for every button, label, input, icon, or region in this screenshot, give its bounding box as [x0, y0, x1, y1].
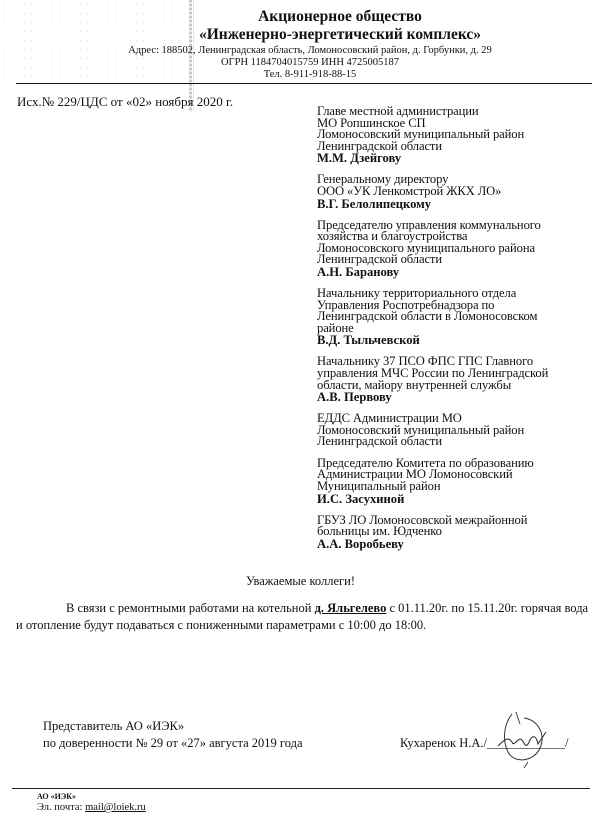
closing-slash: / [565, 736, 568, 750]
addressee-line: Ленинградской области [317, 436, 597, 448]
addressee-name: А.А. Воробьеву [317, 538, 597, 550]
footer-divider [12, 788, 590, 789]
addressee-name: А.Н. Баранову [317, 266, 597, 278]
org-name: «Инженерно-энергетический комплекс» [190, 26, 490, 44]
footer-contact: Эл. почта: mail@loiek.ru [37, 802, 146, 814]
org-registration: ОГРН 1184704015759 ИНН 4725005187 [100, 57, 520, 69]
addressee-block: Начальнику 37 ПСО ФПС ГПС Главногоуправл… [317, 356, 597, 403]
village-name: д. Яльгелево [315, 601, 387, 615]
body-text-before: В связи с ремонтными работами на котельн… [66, 601, 315, 615]
org-type: Акционерное общество [190, 8, 490, 26]
email-label: Эл. почта: [37, 802, 85, 813]
addressee-list: Главе местной администрацииМО Ропшинское… [317, 106, 597, 560]
addressee-name: В.Г. Белолипецкому [317, 198, 597, 210]
addressee-line: ООО «УК Ленкомстрой ЖКХ ЛО» [317, 186, 597, 198]
footer-org: АО «ИЭК» [37, 792, 76, 801]
greeting: Уважаемые коллеги! [0, 574, 601, 588]
addressee-name: В.Д. Тыльчевской [317, 334, 597, 346]
representative-title: Представитель АО «ИЭК» [43, 718, 303, 735]
signer-name: Кухаренок Н.А./ [400, 736, 487, 750]
handwritten-signature-icon [494, 710, 550, 770]
addressee-block: Начальнику территориального отделаУправл… [317, 288, 597, 346]
addressee-name: А.В. Первову [317, 391, 597, 403]
org-address: Адрес: 188502, Ленинградская область, Ло… [100, 45, 520, 57]
addressee-line: Ленинградской области в Ломоносовском [317, 311, 597, 323]
outgoing-reference: Исх.№ 229/ЦДС от «02» ноября 2020 г. [17, 94, 233, 109]
addressee-block: Главе местной администрацииМО Ропшинское… [317, 106, 597, 164]
org-phone: Тел. 8-911-918-88-15 [100, 69, 520, 81]
letterhead-divider [16, 83, 592, 84]
addressee-line: Муниципальный район [317, 481, 597, 493]
email-link[interactable]: mail@loiek.ru [85, 802, 146, 813]
representative-block: Представитель АО «ИЭК» по доверенности №… [43, 718, 303, 752]
addressee-block: Председателю Комитета по образованиюАдми… [317, 458, 597, 505]
addressee-block: Генеральному директоруООО «УК Ленкомстро… [317, 174, 597, 209]
addressee-name: М.М. Дзейгову [317, 152, 597, 164]
addressee-block: Председателю управления коммунальногохоз… [317, 220, 597, 278]
addressee-name: И.С. Засухиной [317, 493, 597, 505]
addressee-block: ЕДДС Администрации МОЛомоносовский муниц… [317, 413, 597, 448]
addressee-block: ГБУЗ ЛО Ломоносовской межрайоннойбольниц… [317, 515, 597, 550]
power-of-attorney: по доверенности № 29 от «27» августа 201… [43, 735, 303, 752]
letter-body: В связи с ремонтными работами на котельн… [16, 600, 589, 634]
